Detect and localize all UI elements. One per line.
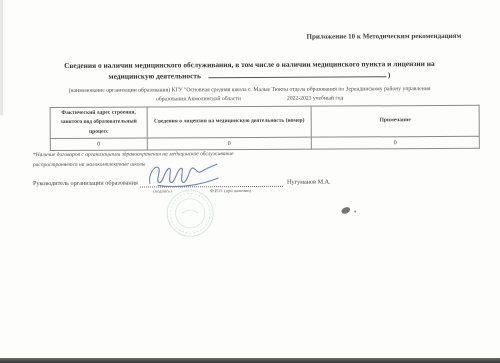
cell-license: 0: [147, 137, 311, 150]
title-line2-lead: медицинскую деятельность: [109, 72, 201, 81]
round-stamp: [165, 188, 215, 238]
appendix-note: Приложение 10 к Методическим рекомендаци…: [306, 32, 461, 41]
signatory-role-label: Руководитель организации образования: [33, 180, 138, 188]
scanner-edge-strip: [0, 358, 500, 363]
organization-block: (наименование организации образования) К…: [30, 85, 470, 106]
school-year: 2022-2023 учебный год: [287, 95, 343, 104]
ink-speck: [354, 210, 356, 212]
document-content: Приложение 10 к Методическим рекомендаци…: [0, 0, 500, 363]
scanned-document-page: Приложение 10 к Методическим рекомендаци…: [0, 0, 500, 363]
document-title: Сведения о наличии медицинского обслужив…: [39, 58, 459, 83]
medical-service-table: Фактический адрес строения, занятого под…: [50, 105, 480, 151]
org-caption: (наименование организации образования): [69, 87, 171, 94]
org-name: КГУ "Основная средняя школа с. Малые Тюк…: [172, 86, 431, 93]
ink-smudge: [341, 206, 351, 214]
table-row: 0 0 0: [50, 136, 479, 150]
table-header-note: Примечание: [311, 105, 479, 137]
table-header-address: Фактический адрес строения, занятого под…: [50, 107, 147, 139]
table-header-row: Фактический адрес строения, занятого под…: [50, 105, 479, 138]
title-close-paren: ): [388, 71, 391, 80]
signatory-name: Нугуманов М.А.: [287, 179, 331, 186]
table-header-license: Сведения о лицензии на медицинскую деяте…: [147, 106, 311, 138]
document-title-line2: медицинскую деятельность): [39, 69, 459, 83]
cell-note: 0: [311, 136, 479, 149]
cell-address: 0: [50, 138, 147, 151]
footnote-line1: *Наличие договоров с организациями здрав…: [33, 150, 234, 161]
handwritten-signature: [146, 162, 232, 188]
org-name-continued: образования Акмолинской области: [156, 95, 241, 105]
blank-underline: [209, 71, 387, 79]
